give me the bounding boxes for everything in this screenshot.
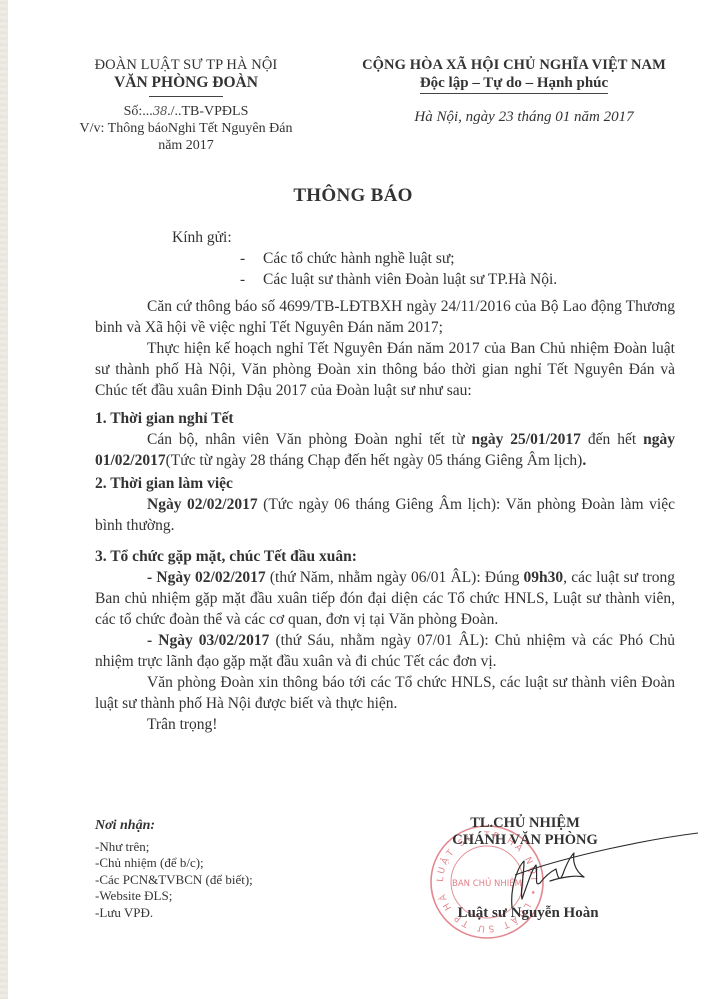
recipient-item: -Các luật sư thành viên Đoàn luật sư TP.… (240, 269, 557, 290)
section-1-text: Cán bộ, nhân viên Văn phòng Đoàn nghỉ tế… (95, 429, 675, 471)
list-dash: - (240, 248, 263, 269)
regards: Trân trọng! (95, 714, 675, 735)
nation-name: CỘNG HÒA XÃ HỘI CHỦ NGHĨA VIỆT NAM (322, 56, 706, 74)
paragraph-plan: Thực hiện kế hoạch nghỉ Tết Nguyên Đán n… (95, 338, 675, 401)
number-suffix: ./..TB-VPĐLS (167, 104, 248, 119)
section-3-item-1: - Ngày 02/02/2017 (thứ Năm, nhằm ngày 06… (95, 567, 675, 630)
distribution-item: -Lưu VPĐ. (95, 905, 253, 922)
dateline: Hà Nội, ngày 23 tháng 01 năm 2017 (322, 108, 706, 126)
document-title: THÔNG BÁO (0, 185, 706, 207)
section-2-heading: 2. Thời gian làm việc (95, 473, 675, 494)
distribution-item: -Chủ nhiệm (để b/c); (95, 855, 253, 872)
distribution-item: -Như trên; (95, 839, 253, 856)
handwritten-signature-icon (480, 825, 700, 910)
office-name: VĂN PHÒNG ĐOÀN (55, 74, 317, 92)
section-2-text: Ngày 02/02/2017 (Tức ngày 06 tháng Giêng… (95, 494, 675, 536)
scan-edge-strip (0, 0, 8, 999)
document-number: Số:...38./..TB-VPĐLS (55, 103, 317, 120)
recipient-text: Các luật sư thành viên Đoàn luật sư TP.H… (263, 269, 557, 290)
national-motto: Độc lập – Tự do – Hạnh phúc (420, 74, 608, 94)
date-start: ngày 25/01/2017 (471, 431, 580, 448)
meeting-date-2: - Ngày 03/02/2017 (147, 632, 269, 649)
distribution-list: Nơi nhận: -Như trên; -Chủ nhiệm (để b/c)… (95, 818, 253, 921)
number-prefix: Số:... (124, 104, 153, 119)
organization-name: ĐOÀN LUẬT SƯ TP HÀ NỘI (55, 56, 317, 74)
issuer-header: ĐOÀN LUẬT SƯ TP HÀ NỘI VĂN PHÒNG ĐOÀN Số… (55, 56, 317, 154)
text-run: (thứ Năm, nhằm ngày 06/01 ÂL): Đúng (266, 569, 524, 586)
list-dash: - (240, 269, 263, 290)
subject-line-1: V/v: Thông báoNghi Tết Nguyên Đán (55, 120, 317, 137)
section-1-heading: 1. Thời gian nghỉ Tết (95, 408, 675, 429)
section-3-heading: 3. Tổ chức gặp mặt, chúc Tết đầu xuân: (95, 546, 675, 567)
work-date: Ngày 02/02/2017 (147, 496, 258, 513)
header-rule (149, 96, 223, 97)
closing-paragraph: Văn phòng Đoàn xin thông báo tới các Tổ … (95, 672, 675, 714)
handwritten-number: 38 (153, 104, 167, 118)
subject-line-2: năm 2017 (55, 137, 317, 154)
text-run: Cán bộ, nhân viên Văn phòng Đoàn nghỉ tế… (147, 431, 471, 448)
document-body: Căn cứ thông báo số 4699/TB-LĐTBXH ngày … (95, 296, 675, 735)
text-run: . (582, 452, 586, 469)
recipient-item: -Các tổ chức hành nghề luật sư; (240, 248, 557, 269)
recipient-list: -Các tổ chức hành nghề luật sư; -Các luậ… (240, 248, 557, 290)
salutation: Kính gửi: (172, 228, 232, 248)
recipient-text: Các tổ chức hành nghề luật sư; (263, 248, 455, 269)
meeting-date-1: - Ngày 02/02/2017 (147, 569, 266, 586)
meeting-time: 09h30 (524, 569, 564, 586)
distribution-item: -Website ĐLS; (95, 888, 253, 905)
paragraph-basis: Căn cứ thông báo số 4699/TB-LĐTBXH ngày … (95, 296, 675, 338)
section-3-item-2: - Ngày 03/02/2017 (thứ Sáu, nhằm ngày 07… (95, 630, 675, 672)
text-run: đến hết (581, 431, 643, 448)
national-header: CỘNG HÒA XÃ HỘI CHỦ NGHĨA VIỆT NAM Độc l… (322, 56, 706, 126)
distribution-label: Nơi nhận: (95, 818, 253, 835)
text-run: (Tức từ ngày 28 tháng Chạp đến hết ngày … (166, 452, 583, 469)
distribution-item: -Các PCN&TVBCN (để biết); (95, 872, 253, 889)
